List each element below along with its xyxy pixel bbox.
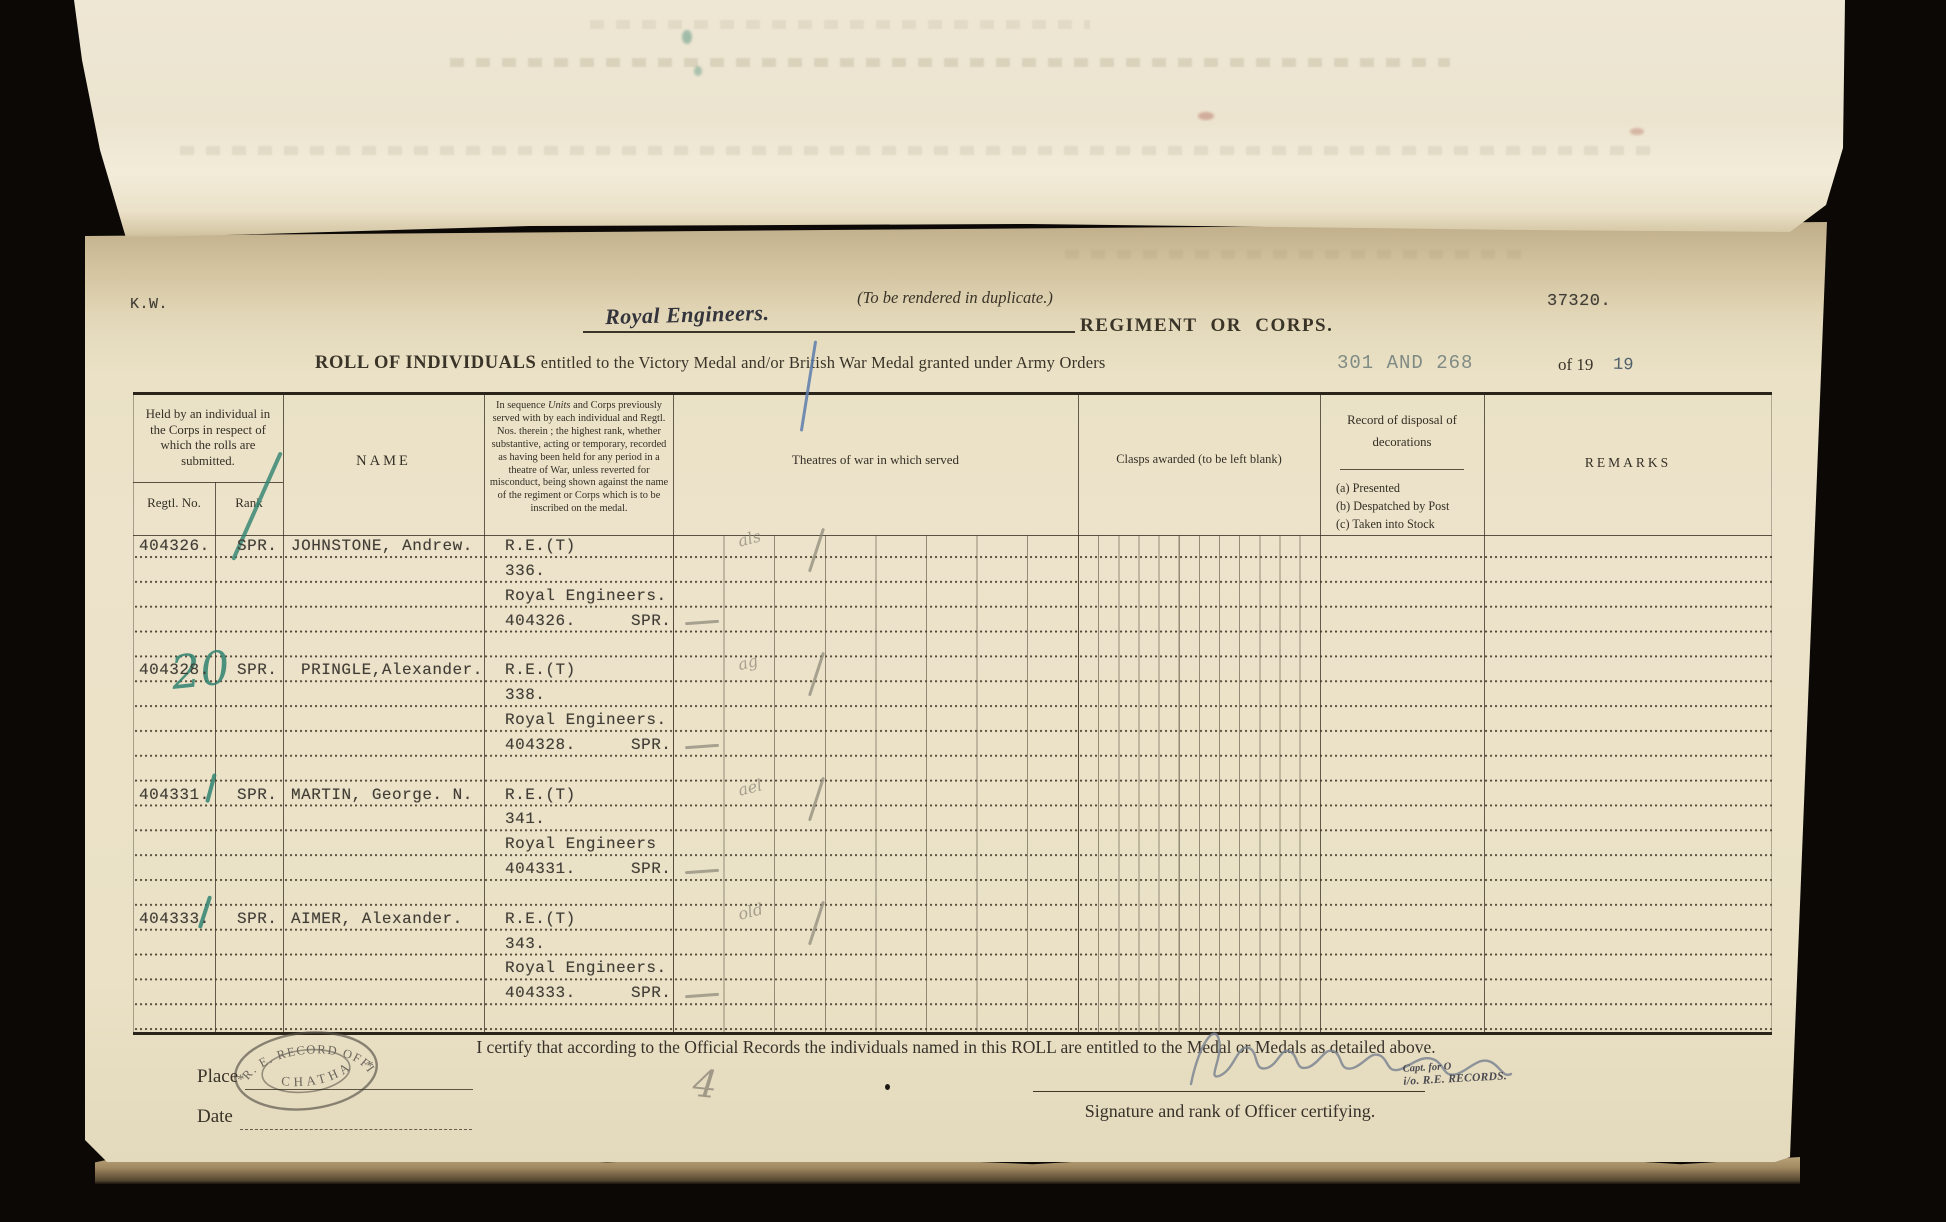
pencil-dash xyxy=(685,868,719,873)
unit-line: R.E.(T) xyxy=(505,659,576,682)
place-label: Place xyxy=(197,1066,238,1088)
ink-dot xyxy=(885,1084,890,1090)
record-name: AIMER, Alexander. xyxy=(291,908,463,931)
bleed-through-text xyxy=(1065,250,1525,259)
record-regtl-no: 404328. xyxy=(139,659,210,682)
pencil-scrawl: old xyxy=(736,897,766,925)
unit-rank: SPR. xyxy=(631,610,671,633)
regiment-name-stamp: Royal Engineers. xyxy=(605,300,770,330)
stamp-star-right: * xyxy=(366,1059,375,1075)
unit-line: Royal Engineers. xyxy=(505,585,667,608)
unit-line: 338. xyxy=(505,684,545,707)
col-header-units: In sequence Units and Corps previously s… xyxy=(488,400,670,516)
army-orders-number-stamp: 301 AND 268 xyxy=(1337,352,1473,374)
pencil-dash xyxy=(685,620,719,625)
col-header-disposal: Record of disposal of decorations xyxy=(1324,409,1480,453)
record-regtl-no: 404326. xyxy=(139,535,210,558)
roll-title-rest: entitled to the Victory Medal and/or Bri… xyxy=(536,353,1105,372)
unit-line: Royal Engineers xyxy=(505,833,657,856)
year-printed: of 19 xyxy=(1558,355,1593,375)
table-row: 404326. SPR. JOHNSTONE, Andrew. R.E.(T) … xyxy=(133,535,1772,659)
bleed-through-text xyxy=(450,58,1450,67)
officer-signature xyxy=(1185,1014,1515,1100)
roll-title-lead: ROLL OF INDIVIDUALS xyxy=(315,353,536,373)
pencil-dash xyxy=(685,993,719,998)
unit-line: 341. xyxy=(505,808,545,831)
signature-line xyxy=(1033,1091,1425,1092)
disposal-option-b: (b) Despatched by Post xyxy=(1336,497,1482,515)
pencil-slash xyxy=(808,901,825,946)
units-header-post: and Corps previously served with by each… xyxy=(490,400,668,514)
unit-line: 404331. xyxy=(505,858,576,881)
unit-line: R.E.(T) xyxy=(505,535,576,558)
unit-line: R.E.(T) xyxy=(505,908,576,931)
table-row: 404333. SPR. AIMER, Alexander. R.E.(T) 3… xyxy=(133,908,1772,1032)
record-office-stamp: R. E. RECORD OFFICE CHATHAM * * xyxy=(227,1022,385,1119)
year-stamped: 19 xyxy=(1613,356,1634,376)
unit-line: Royal Engineers. xyxy=(505,957,667,980)
record-rank: SPR. xyxy=(237,784,277,807)
record-name: MARTIN, George. N. xyxy=(291,784,473,807)
records-office-officer-stamp: Capt. for O i/o. R.E. RECORDS. xyxy=(1402,1057,1507,1088)
col-header-remarks: REMARKS xyxy=(1484,455,1772,471)
col-header-clasps: Clasps awarded (to be left blank) xyxy=(1078,452,1320,467)
regiment-or-corps-label: REGIMENT OR CORPS. xyxy=(1080,315,1333,337)
col-header-rank: Rank xyxy=(215,495,283,511)
red-bleed-mark xyxy=(1630,128,1644,135)
table-row: 404328. SPR. PRINGLE,Alexander. R.E.(T) … xyxy=(133,659,1772,783)
unit-line: 404333. xyxy=(505,982,576,1005)
unit-line: Royal Engineers. xyxy=(505,709,667,732)
place-line xyxy=(245,1089,473,1090)
units-header-pre: In sequence xyxy=(496,400,548,411)
col-header-disposal-list: (a) Presented (b) Despatched by Post (c)… xyxy=(1336,479,1482,533)
unit-line: 343. xyxy=(505,933,545,956)
units-header-italic: Units xyxy=(548,400,571,411)
unit-rank: SPR. xyxy=(631,982,671,1005)
unit-line: 404326. xyxy=(505,610,576,633)
green-bleed-mark xyxy=(694,66,702,76)
record-name: PRINGLE,Alexander. xyxy=(301,659,483,682)
disposal-option-a: (a) Presented xyxy=(1336,479,1482,497)
record-name: JOHNSTONE, Andrew. xyxy=(291,535,473,558)
scanned-medal-roll-page: K.W. (To be rendered in duplicate.) Roya… xyxy=(0,0,1946,1222)
pencil-slash xyxy=(808,652,825,697)
document-page: K.W. (To be rendered in duplicate.) Roya… xyxy=(85,222,1827,1162)
unit-line: 336. xyxy=(505,560,545,583)
unit-rank: SPR. xyxy=(631,734,671,757)
unit-line: R.E.(T) xyxy=(505,784,576,807)
pencil-slash xyxy=(808,528,825,573)
bleed-through-text xyxy=(180,146,1660,155)
pencil-slash xyxy=(808,776,825,821)
col-header-theatres: Theatres of war in which served xyxy=(673,452,1078,468)
bleed-through-text xyxy=(590,20,1090,29)
record-rank: SPR. xyxy=(237,535,277,558)
red-bleed-mark xyxy=(1198,112,1214,120)
medal-roll-table: Held by an individual in the Corps in re… xyxy=(133,392,1772,1035)
disposal-divider xyxy=(1340,469,1464,470)
regiment-underline xyxy=(583,331,1075,333)
roll-title: ROLL OF INDIVIDUALS entitled to the Vict… xyxy=(315,353,1106,374)
date-label: Date xyxy=(197,1106,233,1128)
table-row: 404331. SPR. MARTIN, George. N. R.E.(T) … xyxy=(133,784,1772,908)
col-header-held-by: Held by an individual in the Corps in re… xyxy=(137,407,279,469)
page-number-pencil: 4 xyxy=(691,1061,720,1107)
unit-rank: SPR. xyxy=(631,858,671,881)
pencil-scrawl: als xyxy=(736,525,764,553)
previous-page-curl xyxy=(30,0,1845,240)
record-regtl-no: 404333. xyxy=(139,908,210,931)
disposal-option-c: (c) Taken into Stock xyxy=(1336,515,1482,533)
duplicate-note: (To be rendered in duplicate.) xyxy=(745,288,1165,308)
record-rank: SPR. xyxy=(237,908,277,931)
col-header-name: NAME xyxy=(283,453,484,470)
date-line xyxy=(240,1129,472,1130)
record-regtl-no: 404331. xyxy=(139,784,210,807)
held-by-divider xyxy=(133,482,283,483)
col-header-regtl-no: Regtl. No. xyxy=(133,495,215,511)
page-corner-mark: K.W. xyxy=(130,296,168,313)
green-bleed-mark xyxy=(682,30,692,44)
signature-caption: Signature and rank of Officer certifying… xyxy=(1040,1101,1420,1122)
pencil-dash xyxy=(685,744,719,749)
record-rank: SPR. xyxy=(237,659,277,682)
document-number: 37320. xyxy=(1547,292,1611,311)
unit-line: 404328. xyxy=(505,734,576,757)
